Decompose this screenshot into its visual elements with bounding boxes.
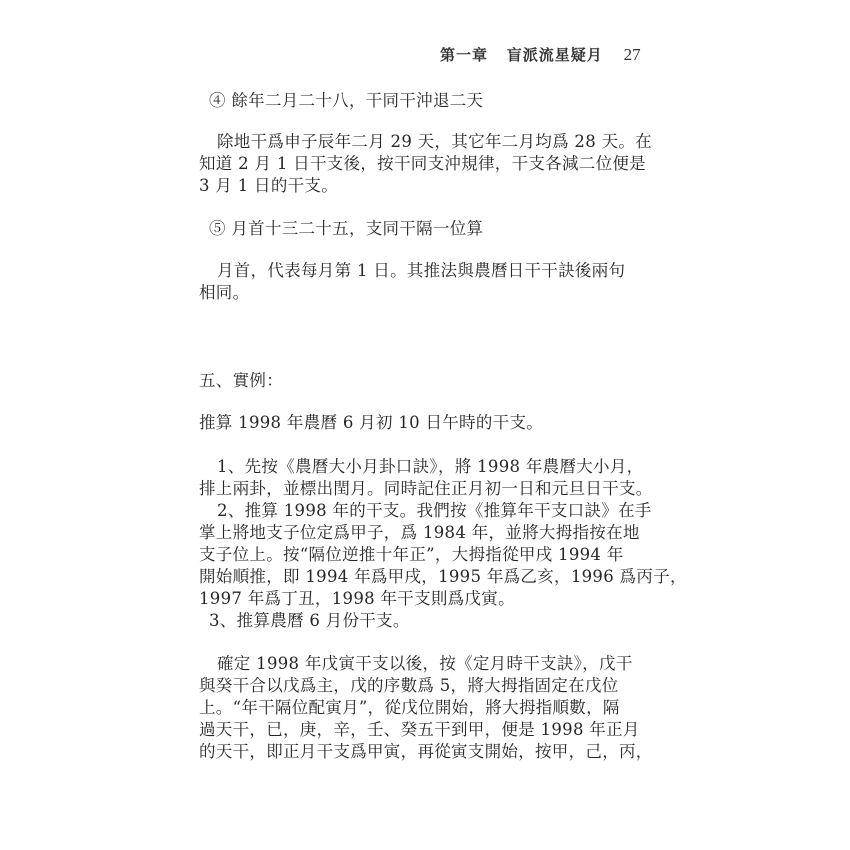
example-intro: 推算 1998 年農曆 6 月初 10 日午時的干支。: [199, 412, 649, 434]
list-line: 排上兩卦，並標出閏月。同時記住正月初一日和元旦日干支。: [199, 478, 649, 500]
section-heading: 五、實例：: [199, 370, 649, 392]
item4-heading: ④ 餘年二月二十八，干同干沖退二天: [209, 90, 659, 112]
running-header: 第一章 盲派流星疑月 27: [440, 44, 640, 68]
paragraph-line: 上。“年干隔位配寅月”，從戊位開始，將大拇指順數，隔: [199, 697, 649, 719]
paragraph-line: 與癸干合以戊爲主，戊的序數爲 5，將大拇指固定在戊位: [199, 675, 649, 697]
paragraph-line: 除地干爲申子辰年二月 29 天，其它年二月均爲 28 天。在: [217, 131, 667, 153]
paragraph-line: 過天干，已，庚，辛，壬、癸五干到甲，便是 1998 年正月: [199, 719, 649, 741]
list-line: 1997 年爲丁丑，1998 年干支則爲戊寅。: [199, 588, 649, 610]
list-line: 掌上將地支子位定爲甲子，爲 1984 年，並將大拇指按在地: [199, 522, 649, 544]
item5-heading: ⑤ 月首十三二十五，支同干隔一位算: [209, 218, 659, 240]
list-line: 1、先按《農曆大小月卦口訣》，將 1998 年農曆大小月，: [217, 456, 667, 478]
list-line: 支子位上。按“隔位逆推十年正”，大拇指從甲戌 1994 年: [199, 544, 649, 566]
paragraph-line: 知道 2 月 1 日干支後，按干同支沖規律，干支各減二位便是: [199, 153, 649, 175]
list-line: 開始順推，即 1994 年爲甲戌，1995 年爲乙亥，1996 爲丙子，: [199, 566, 649, 588]
paragraph-line: 的天干，即正月干支爲甲寅，再從寅支開始，按甲，己，丙，: [199, 741, 649, 763]
paragraph-line: 3 月 1 日的干支。: [199, 175, 649, 197]
chapter-label: 第一章: [440, 46, 488, 64]
list-line: 3、推算農曆 6 月份干支。: [209, 610, 659, 632]
paragraph-line: 月首，代表每月第 1 日。其推法與農曆日干干訣後兩句: [217, 260, 667, 282]
paragraph-line: 確定 1998 年戊寅干支以後，按《定月時干支訣》，戊干: [217, 653, 667, 675]
list-line: 2、推算 1998 年的干支。我們按《推算年干支口訣》在手: [217, 500, 667, 522]
chapter-title: 盲派流星疑月: [507, 46, 603, 64]
book-page: 第一章 盲派流星疑月 27 ④ 餘年二月二十八，干同干沖退二天 除地干爲申子辰年…: [0, 0, 850, 850]
page-number: 27: [624, 45, 641, 64]
paragraph-line: 相同。: [199, 282, 649, 304]
